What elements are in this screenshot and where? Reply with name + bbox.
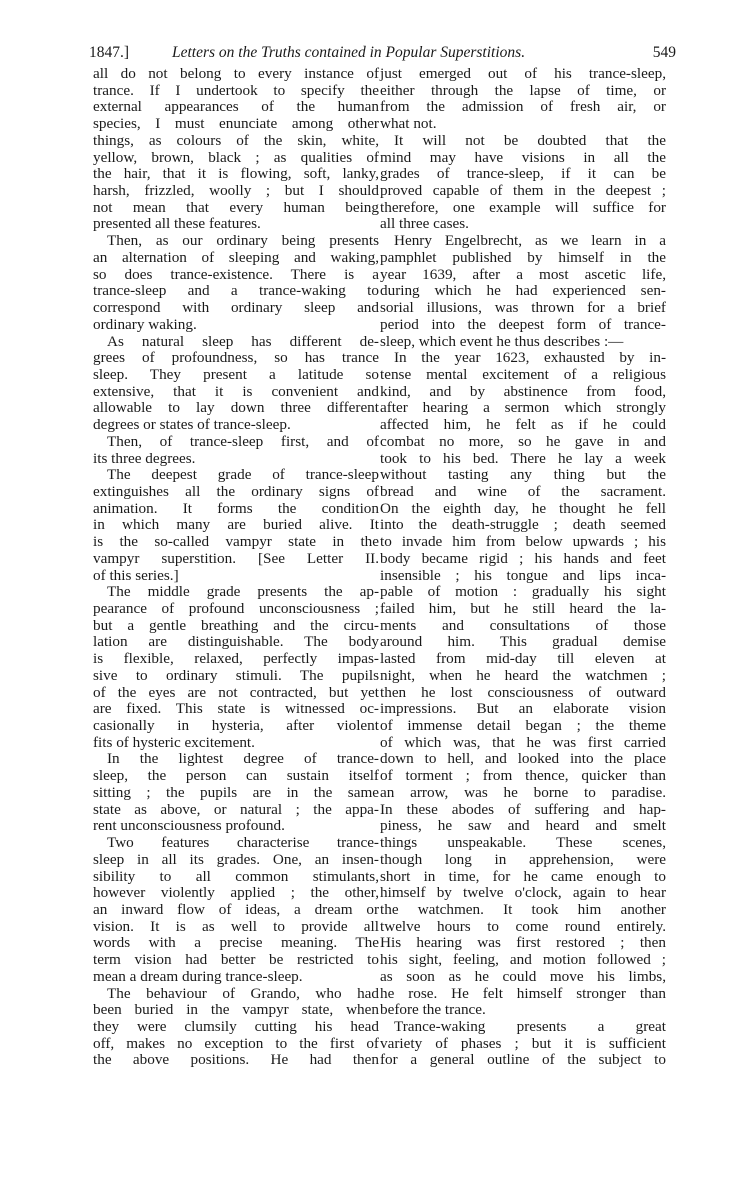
text-line: degrees or states of trance-sleep.	[93, 417, 379, 434]
text-line: extensive, that it is convenient and	[93, 384, 379, 401]
text-line: trance-sleep and a trance-waking to	[93, 283, 379, 300]
text-line: term vision had better be restricted to	[93, 952, 379, 969]
text-line: as soon as he could move his limbs,	[380, 969, 666, 986]
text-line: an inward flow of ideas, a dream or	[93, 902, 379, 919]
text-line: sive to ordinary stimuli. The pupils	[93, 668, 379, 685]
text-line: extinguishes all the ordinary signs of	[93, 484, 379, 501]
text-line: kind, and by abstinence from food,	[380, 384, 666, 401]
text-line: all do not belong to every instance of	[93, 66, 379, 83]
text-line: an alternation of sleeping and waking,	[93, 250, 379, 267]
header-year: 1847.]	[89, 44, 129, 62]
text-line: As natural sleep has different de-	[93, 334, 379, 351]
text-line: species, I must enunciate among other	[93, 116, 379, 133]
text-line: just emerged out of his trance-sleep,	[380, 66, 666, 83]
text-line: bread and wine of the sacrament.	[380, 484, 666, 501]
text-line: its three degrees.	[93, 451, 379, 468]
text-line: in which many are buried alive. It	[93, 517, 379, 534]
text-line: into the death-struggle ; death seemed	[380, 517, 666, 534]
left-column: all do not belong to every instance oftr…	[93, 66, 379, 1069]
text-line: all three cases.	[380, 216, 666, 233]
text-line: The middle grade presents the ap-	[93, 584, 379, 601]
text-line: tense mental excitement of a religious	[380, 367, 666, 384]
text-line: variety of phases ; but it is sufficient	[380, 1036, 666, 1053]
text-line: he rose. He felt himself stronger than	[380, 986, 666, 1003]
right-column: just emerged out of his trance-sleep,eit…	[380, 66, 666, 1069]
text-line: however violently applied ; the other,	[93, 885, 379, 902]
text-line: sibility to all common stimulants,	[93, 869, 379, 886]
text-line: they were clumsily cutting his head	[93, 1019, 379, 1036]
text-line: the watchmen. It took him another	[380, 902, 666, 919]
text-line: sleep in all its grades. One, an insen-	[93, 852, 379, 869]
text-line: presented all these features.	[93, 216, 379, 233]
text-line: mind may have visions in all the	[380, 150, 666, 167]
text-line: of this series.]	[93, 568, 379, 585]
text-line: things unspeakable. These scenes,	[380, 835, 666, 852]
text-line: ordinary waking.	[93, 317, 379, 334]
text-line: Then, as our ordinary being presents	[93, 233, 379, 250]
text-line: from the admission of fresh air, or	[380, 99, 666, 116]
text-line: so does trance-existence. There is a	[93, 267, 379, 284]
text-line: of immense detail began ; the theme	[380, 718, 666, 735]
text-line: rent unconsciousness profound.	[93, 818, 379, 835]
text-line: fits of hysteric excitement.	[93, 735, 379, 752]
text-line: affected him, he felt as if he could	[380, 417, 666, 434]
text-line: piness, he saw and heard and smelt	[380, 818, 666, 835]
text-line: night, when he heard the watchmen ;	[380, 668, 666, 685]
text-line: after hearing a sermon which strongly	[380, 400, 666, 417]
text-line: either through the lapse of time, or	[380, 83, 666, 100]
text-line: around him. This gradual demise	[380, 634, 666, 651]
text-line: casionally in hysteria, after violent	[93, 718, 379, 735]
text-line: of torment ; from thence, quicker than	[380, 768, 666, 785]
text-line: is flexible, relaxed, perfectly impas-	[93, 651, 379, 668]
text-line: Two features characterise trance-	[93, 835, 379, 852]
text-line: sleep, the person can sustain itself	[93, 768, 379, 785]
text-line: failed him, but he still heard the la-	[380, 601, 666, 618]
running-title: Letters on the Truths contained in Popul…	[172, 44, 525, 62]
text-line: off, makes no exception to the first of	[93, 1036, 379, 1053]
text-line: trance. If I undertook to specify the	[93, 83, 379, 100]
text-line: the hair, that it is flowing, soft, lank…	[93, 166, 379, 183]
text-line: impressions. But an elaborate vision	[380, 701, 666, 718]
text-line: lation are distinguishable. The body	[93, 634, 379, 651]
text-line: short in time, for he came enough to	[380, 869, 666, 886]
text-line: combat no more, so he gave in and	[380, 434, 666, 451]
text-line: animation. It forms the condition	[93, 501, 379, 518]
page-number: 549	[653, 44, 676, 62]
text-line: what not.	[380, 116, 666, 133]
text-line: It will not be doubted that the	[380, 133, 666, 150]
text-line: correspond with ordinary sleep and	[93, 300, 379, 317]
text-line: body became rigid ; his hands and feet	[380, 551, 666, 568]
text-line: external appearances of the human	[93, 99, 379, 116]
text-line: words with a precise meaning. The	[93, 935, 379, 952]
text-line: year 1639, after a most ascetic life,	[380, 267, 666, 284]
text-line: took to his bed. There he lay a week	[380, 451, 666, 468]
text-line: lasted from mid-day till eleven at	[380, 651, 666, 668]
text-line: Trance-waking presents a great	[380, 1019, 666, 1036]
text-line: therefore, one example will suffice for	[380, 200, 666, 217]
text-line: pearance of profound unconsciousness ;	[93, 601, 379, 618]
text-line: On the eighth day, he thought he fell	[380, 501, 666, 518]
text-line: The behaviour of Grando, who had	[93, 986, 379, 1003]
text-line: ments and consultations of those	[380, 618, 666, 635]
text-line: allowable to lay down three different	[93, 400, 379, 417]
text-line: sitting ; the pupils are in the same	[93, 785, 379, 802]
text-line: grades of trance-sleep, if it can be	[380, 166, 666, 183]
text-line: down to hell, and looked into the place	[380, 751, 666, 768]
text-line: is the so-called vampyr state in the	[93, 534, 379, 551]
text-line: period into the deepest form of trance-	[380, 317, 666, 334]
text-line: been buried in the vampyr state, when	[93, 1002, 379, 1019]
text-line: The deepest grade of trance-sleep	[93, 467, 379, 484]
text-line: are fixed. This state is witnessed oc-	[93, 701, 379, 718]
text-line: twelve hours to come round entirely.	[380, 919, 666, 936]
text-line: vampyr superstition. [See Letter II.	[93, 551, 379, 568]
text-line: grees of profoundness, so has trance	[93, 350, 379, 367]
text-line: vision. It is as well to provide all	[93, 919, 379, 936]
text-line: His hearing was first restored ; then	[380, 935, 666, 952]
text-line: but a gentle breathing and the circu-	[93, 618, 379, 635]
text-line: yellow, brown, black ; as qualities of	[93, 150, 379, 167]
text-line: for a general outline of the subject to	[380, 1052, 666, 1069]
text-line: of which was, that he was first carried	[380, 735, 666, 752]
text-line: though long in apprehension, were	[380, 852, 666, 869]
text-line: without tasting any thing but the	[380, 467, 666, 484]
text-line: pable of motion : gradually his sight	[380, 584, 666, 601]
text-line: pamphlet published by himself in the	[380, 250, 666, 267]
text-line: sorial illusions, was thrown for a brief	[380, 300, 666, 317]
text-line: then he lost consciousness of outward	[380, 685, 666, 702]
text-line: insensible ; his tongue and lips inca-	[380, 568, 666, 585]
text-line: sleep, which event he thus describes :—	[380, 334, 666, 351]
text-line: an arrow, was he borne to paradise.	[380, 785, 666, 802]
text-line: of the eyes are not contracted, but yet	[93, 685, 379, 702]
text-line: In the year 1623, exhausted by in-	[380, 350, 666, 367]
text-line: sleep. They present a latitude so	[93, 367, 379, 384]
text-line: things, as colours of the skin, white,	[93, 133, 379, 150]
text-line: the above positions. He had then	[93, 1052, 379, 1069]
text-line: Then, of trance-sleep first, and of	[93, 434, 379, 451]
text-line: proved capable of them in the deepest ;	[380, 183, 666, 200]
text-line: In the lightest degree of trance-	[93, 751, 379, 768]
text-line: his sight, feeling, and motion followed …	[380, 952, 666, 969]
text-line: not mean that every human being	[93, 200, 379, 217]
text-line: harsh, frizzled, woolly ; but I should	[93, 183, 379, 200]
text-line: before the trance.	[380, 1002, 666, 1019]
text-line: mean a dream during trance-sleep.	[93, 969, 379, 986]
text-line: himself by twelve o'clock, again to hear	[380, 885, 666, 902]
text-line: to invade him from below upwards ; his	[380, 534, 666, 551]
text-line: In these abodes of suffering and hap-	[380, 802, 666, 819]
text-line: state as above, or natural ; the appa-	[93, 802, 379, 819]
text-line: Henry Engelbrecht, as we learn in a	[380, 233, 666, 250]
text-line: during which he had experienced sen-	[380, 283, 666, 300]
